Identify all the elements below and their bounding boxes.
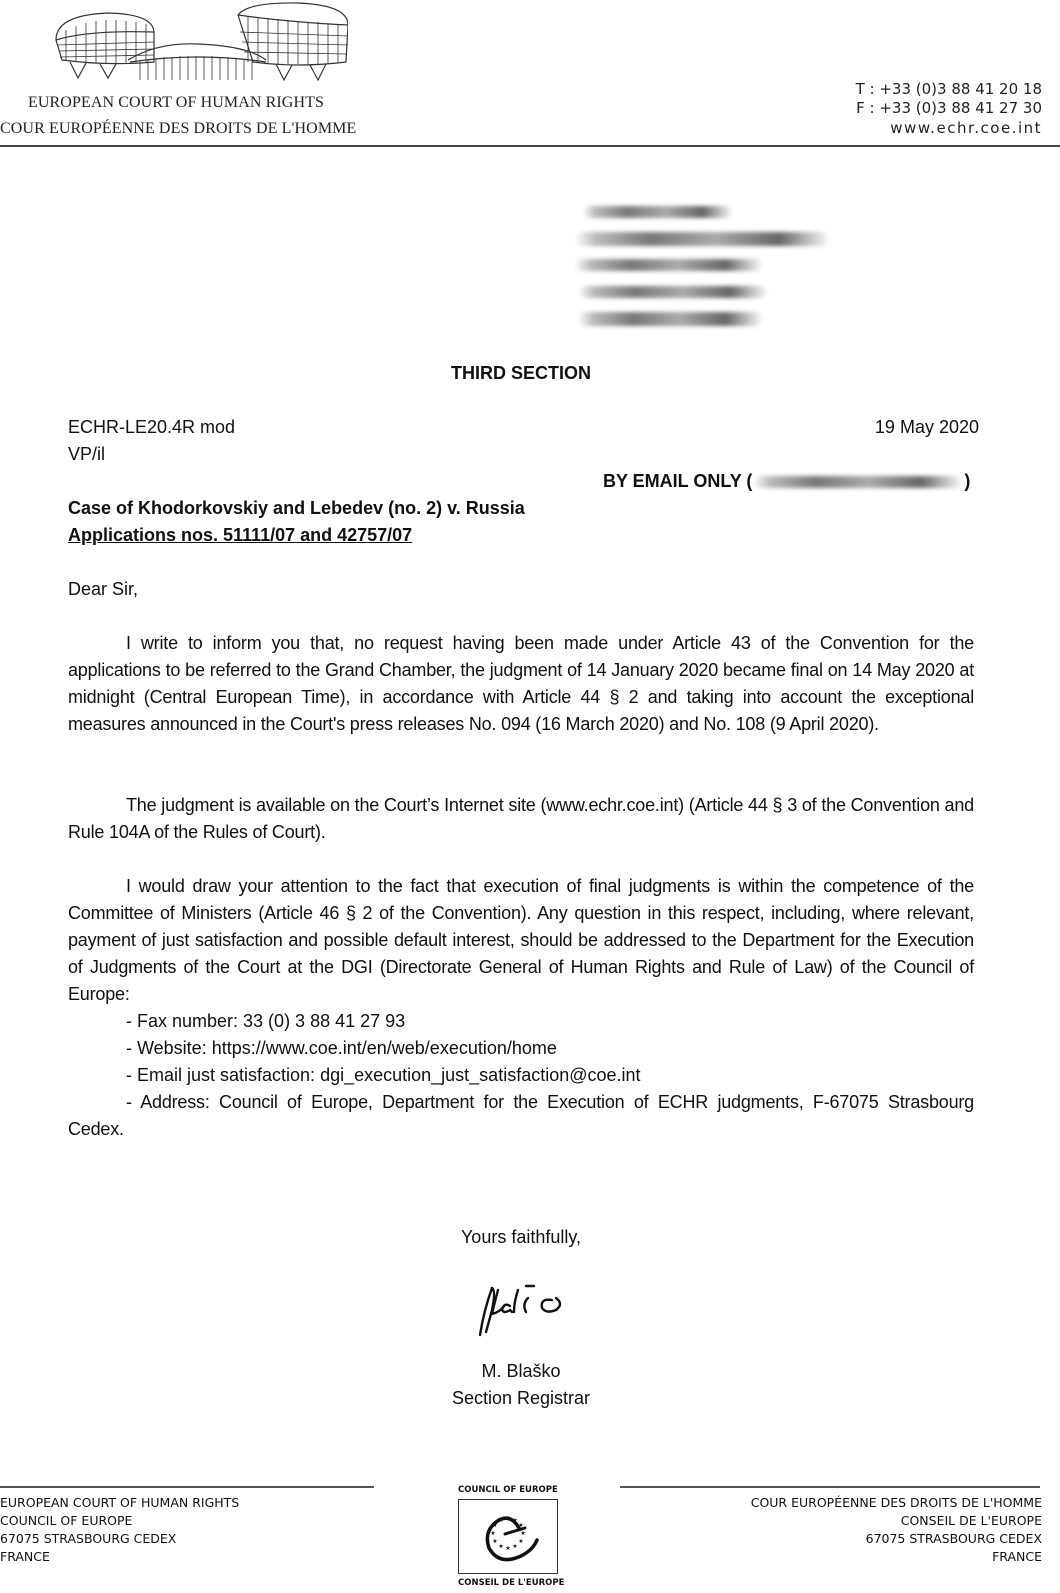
redacted-line [575,232,830,246]
footer-line: COUNCIL OF EUROPE [0,1512,239,1530]
paragraph-text: The judgment is available on the Court’s… [68,795,974,842]
footer-line: 67075 STRASBOURG CEDEX [751,1530,1042,1548]
paragraph-text: I write to inform you that, no request h… [68,633,974,734]
contact-address: - Address: Council of Europe, Department… [68,1089,974,1143]
reference-code: ECHR-LE20.4R mod [68,414,235,441]
case-applications: Applications nos. 51111/07 and 42757/07 [68,522,412,549]
sign-off: Yours faithfully, [0,1224,1042,1251]
contact-website[interactable]: - Website: https://www.coe.int/en/web/ex… [126,1035,557,1062]
council-of-europe-stars-logo-icon: ★★★★ ★★★★ ★★★★ [458,1499,558,1574]
signatory-name: M. Blaško [0,1358,1042,1385]
redacted-line [583,206,733,218]
footer-divider-left [0,1486,374,1488]
court-name-en: EUROPEAN COURT OF HUMAN RIGHTS [28,94,324,112]
svg-text:★: ★ [492,1522,497,1529]
coe-logo-label-fr: CONSEIL DE L'EUROPE [458,1578,564,1588]
delivery-method: BY EMAIL ONLY () [603,468,970,495]
footer-line: FRANCE [751,1548,1042,1566]
footer-line: CONSEIL DE L'EUROPE [751,1512,1042,1530]
contact-email[interactable]: - Email just satisfaction: dgi_execution… [126,1062,641,1089]
fax-number: F : +33 (0)3 88 41 27 30 [856,99,1042,117]
address-text: - Address: Council of Europe, Department… [68,1092,974,1139]
svg-text:★: ★ [520,1530,525,1537]
handwritten-signature-icon [470,1280,580,1340]
svg-text:★: ★ [505,1515,510,1522]
footer-right-address: COUR EUROPÉENNE DES DROITS DE L'HOMME CO… [751,1494,1042,1566]
paragraph-execution: I would draw your attention to the fact … [68,873,974,1008]
website-link[interactable]: www.echr.coe.int [890,119,1042,137]
court-name-fr: COUR EUROPÉENNE DES DROITS DE L'HOMME [0,120,356,138]
salutation: Dear Sir, [68,576,138,603]
delivery-label: BY EMAIL ONLY ( [603,471,752,491]
svg-text:★: ★ [490,1530,495,1537]
footer-line: FRANCE [0,1548,239,1566]
delivery-close: ) [964,471,970,491]
footer-divider-right [620,1486,1040,1488]
redacted-line [578,312,763,326]
svg-text:★: ★ [518,1538,523,1545]
case-title: Case of Khodorkovskiy and Lebedev (no. 2… [68,495,525,522]
phone-number: T : +33 (0)3 88 41 20 18 [856,80,1042,98]
footer-left-address: EUROPEAN COURT OF HUMAN RIGHTS COUNCIL O… [0,1494,239,1566]
redacted-email [753,476,963,488]
paragraph-finality: I write to inform you that, no request h… [68,630,974,738]
redacted-line [578,286,768,298]
paragraph-availability: The judgment is available on the Court’s… [68,792,974,846]
header-divider [0,145,1060,147]
reference-initials: VP/il [68,441,105,468]
svg-text:★: ★ [498,1543,503,1550]
letter-date: 19 May 2020 [875,414,979,441]
footer-line: EUROPEAN COURT OF HUMAN RIGHTS [0,1494,239,1512]
court-building-logo-icon [48,0,348,85]
paragraph-text: I would draw your attention to the fact … [68,876,974,1004]
redacted-line [575,259,763,271]
svg-text:★: ★ [512,1543,517,1550]
svg-text:★: ★ [498,1517,503,1524]
svg-text:★: ★ [512,1517,517,1524]
svg-text:★: ★ [505,1545,510,1552]
svg-text:★: ★ [518,1522,523,1529]
section-heading: THIRD SECTION [0,360,1042,387]
footer-line: 67075 STRASBOURG CEDEX [0,1530,239,1548]
coe-logo-label-en: COUNCIL OF EUROPE [458,1485,558,1495]
svg-text:★: ★ [492,1538,497,1545]
signatory-title: Section Registrar [0,1385,1042,1412]
contact-fax: - Fax number: 33 (0) 3 88 41 27 93 [126,1008,405,1035]
footer-line: COUR EUROPÉENNE DES DROITS DE L'HOMME [751,1494,1042,1512]
